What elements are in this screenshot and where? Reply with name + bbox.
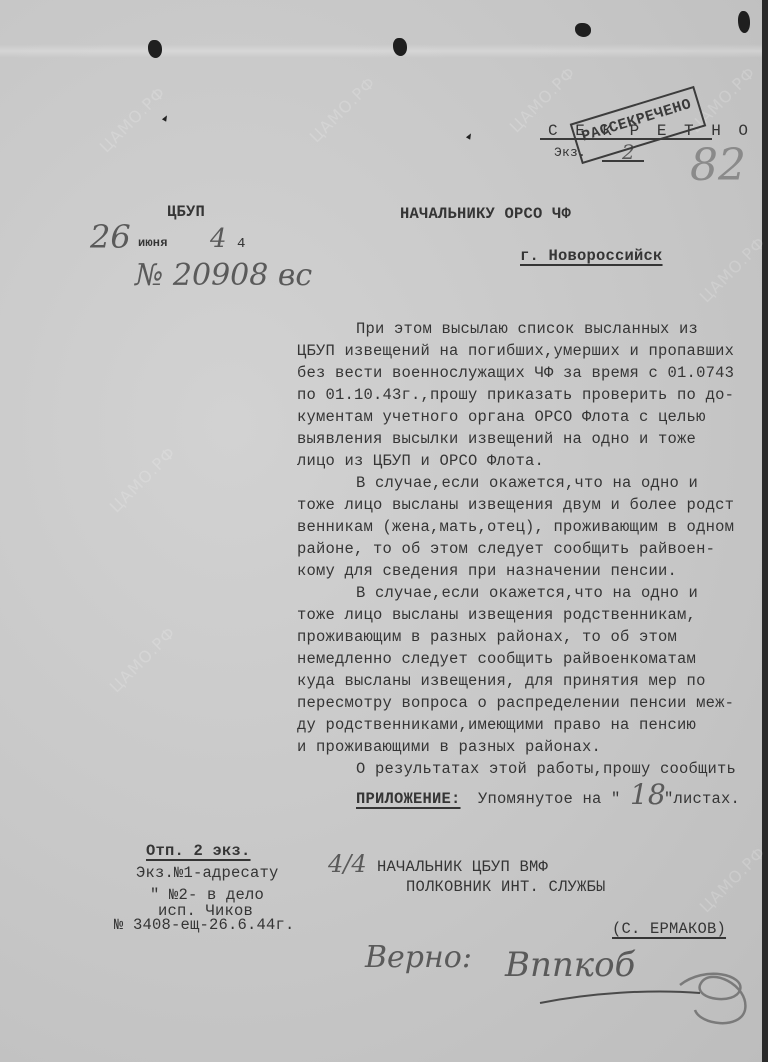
body-line: В случае,если окажется,что на одно и xyxy=(356,474,698,492)
addressee-city: г. Новороссийск xyxy=(520,247,663,265)
dispatch-ref: № 3408-ещ-26.6.44г. xyxy=(114,916,295,934)
body-line: районе, то об этом следует сообщить райв… xyxy=(297,540,715,558)
body-line: и проживающими в разных районах. xyxy=(297,738,601,756)
body-line: О результатах этой работы,прошу сообщить xyxy=(356,760,736,778)
scan-band xyxy=(0,44,768,58)
copy-rule xyxy=(602,160,644,162)
date-year-typed: 4 xyxy=(237,236,246,252)
body-line: лицо из ЦБУП и ОРСО Флота. xyxy=(297,452,544,470)
date-month: июня xyxy=(138,236,168,250)
body-line: по 01.10.43г.,прошу приказать проверить … xyxy=(297,386,734,404)
body-line: венникам (жена,мать,отец), проживающим в… xyxy=(297,518,734,536)
body-line: При этом высылаю список высланных из xyxy=(356,320,698,338)
attachment-sheets: 18 xyxy=(630,778,666,811)
signer-rank: ПОЛКОВНИК ИНТ. СЛУЖБЫ xyxy=(406,878,606,896)
watermark: ЦАМО.РФ xyxy=(96,83,170,157)
declassified-stamp: РАССЕКРЕЧЕНО xyxy=(570,86,707,164)
registration-number: № 20908 вс xyxy=(135,258,312,293)
dispatch-copies: Отп. 2 экз. xyxy=(146,842,251,860)
date-day: 26 xyxy=(90,218,131,256)
body-line: тоже лицо высланы извещения двум и более… xyxy=(297,496,734,514)
body-line: ду родственниками,имеющими право на пенс… xyxy=(297,716,696,734)
verified-label: Верно: xyxy=(365,940,472,975)
binding-hole xyxy=(738,11,750,33)
binding-hole xyxy=(148,40,162,58)
speck xyxy=(466,132,473,140)
addressee-title: НАЧАЛЬНИКУ ОРСО ЧФ xyxy=(400,205,571,223)
body-line: выявления высылки извещений на одно и то… xyxy=(297,430,696,448)
signer-position: НАЧАЛЬНИК ЦБУП ВМФ xyxy=(377,858,548,876)
watermark: ЦАМО.РФ xyxy=(306,73,380,147)
sheet-number: 82 xyxy=(690,140,746,191)
initials-mark: 4/4 xyxy=(328,850,367,878)
body-line: пересмотру вопроса о распределении пенси… xyxy=(297,694,734,712)
signature-flourish xyxy=(530,955,760,1045)
binding-hole xyxy=(575,23,591,37)
watermark: ЦАМО.РФ xyxy=(696,233,768,307)
attachment-label: ПРИЛОЖЕНИЕ: xyxy=(356,790,461,808)
dispatch-copy1: Экз.№1-адресату xyxy=(136,864,279,882)
watermark: ЦАМО.РФ xyxy=(106,443,180,517)
signer-name: (С. ЕРМАКОВ) xyxy=(612,920,726,938)
body-line: кументам учетного органа ОРСО Флота с це… xyxy=(297,408,706,426)
body-line: ЦБУП извещений на погибших,умерших и про… xyxy=(297,342,734,360)
page-edge xyxy=(762,0,768,1062)
body-line: В случае,если окажется,что на одно и xyxy=(356,584,698,602)
body-line: немедленно следует сообщить райвоенкомат… xyxy=(297,650,696,668)
watermark: ЦАМО.РФ xyxy=(696,843,768,917)
binding-hole xyxy=(393,38,407,56)
body-line: кому для сведения при назначении пенсии. xyxy=(297,562,677,580)
attachment-text-after: "листах. xyxy=(664,790,740,808)
document-scan: ЦАМО.РФ ЦАМО.РФ ЦАМО.РФ ЦАМО.РФ ЦАМО.РФ … xyxy=(0,0,768,1062)
body-line: тоже лицо высланы извещения родственника… xyxy=(297,606,696,624)
body-line: куда высланы извещения, для принятия мер… xyxy=(297,672,706,690)
attachment-text-before: Упомянутое на " xyxy=(478,790,621,808)
body-line: проживающим в разных районах, то об этом xyxy=(297,628,677,646)
body-line: без вести военнослужащих ЧФ за время с 0… xyxy=(297,364,734,382)
sender-org: ЦБУП xyxy=(167,203,205,221)
speck xyxy=(162,114,169,122)
date-year-handwritten: 4 xyxy=(210,224,227,254)
watermark: ЦАМО.РФ xyxy=(106,623,180,697)
